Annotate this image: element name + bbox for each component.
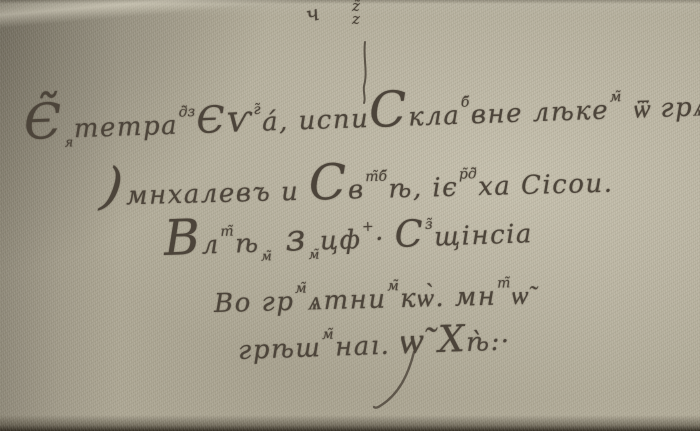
script-segment: вне (470, 99, 523, 131)
script-segment: Є̃ (23, 93, 64, 151)
script-segment: Єѵ (196, 97, 254, 142)
script-segment: м̃ (261, 249, 272, 264)
script-segment: + (362, 219, 374, 235)
quire-mark-right: z̃ z (352, 0, 360, 26)
script-segment: л (201, 230, 220, 261)
script-segment: · (375, 224, 396, 255)
script-segment: м̃ (295, 281, 307, 297)
script-segment: г̃ (253, 102, 261, 118)
script-segment: В (163, 209, 202, 267)
script-segment: ха Сісои. (478, 169, 614, 203)
manuscript-line-2: )мнхалевъ и Свт̃б̃ѣ, ієр̃д̃ха Сісои. (101, 149, 614, 214)
manuscript-line-5: грѣшм̃наı. ѡ̃ Хѣ̀:· (237, 318, 511, 364)
script-segment: ) (98, 160, 127, 215)
script-segment: ѣ (235, 229, 260, 260)
script-segment: м̃ (322, 327, 334, 343)
script-segment: С (368, 81, 409, 139)
script-segment: тетра (73, 111, 178, 145)
script-segment: ѿ грѧ (622, 92, 700, 125)
script-segment: грѣш (238, 333, 322, 366)
script-segment: С (308, 154, 348, 212)
script-segment: щінсіа (434, 219, 534, 252)
script-segment: лѣке (522, 96, 609, 129)
script-segment: кла (408, 101, 461, 133)
script-segment: ѡ̃ (511, 281, 530, 311)
script-segment: б̃ (461, 94, 470, 110)
manuscript-line-1: Є̃ятетрад̃зЄѵг̃а́, испиСклаб̃вне лѣкем̃ … (23, 73, 700, 151)
script-segment: в (348, 175, 365, 205)
script-segment: ѧтни (308, 284, 387, 316)
script-segment: кѡ̀. мн (400, 282, 497, 315)
quire-mark-left: ч (303, 1, 321, 27)
script-segment: цф (319, 225, 362, 256)
script-segment: мнхалевъ и (126, 177, 310, 212)
script-segment: ѣ, іє (388, 173, 459, 205)
script-segment: наı. (335, 330, 401, 362)
script-segment: а́, (262, 107, 290, 138)
script-segment: з (271, 216, 307, 260)
script-segment: Х (437, 317, 466, 361)
script-segment: ѡ̃ (399, 318, 439, 362)
script-segment: я (64, 135, 73, 150)
manuscript-photo: ч z̃ z Є̃ятетрад̃зЄѵг̃а́, испиСклаб̃вне … (0, 0, 700, 431)
manuscript-line-3: Влт̃ѣм̃ зм̃цф+· Сз̃щінсіа (163, 201, 534, 267)
script-segment: С (394, 212, 425, 256)
paper-edge-highlight (0, 0, 400, 31)
script-segment: т̃ (497, 275, 511, 291)
script-segment: м̃ (387, 278, 399, 294)
script-segment: р̃д̃ (459, 166, 477, 182)
script-segment: д̃з (178, 104, 195, 121)
script-segment: ѣ̀:· (466, 326, 511, 358)
script-segment: т̃ (220, 224, 234, 240)
manuscript-line-4: Во грм̃ѧтним̃кѡ̀. мнт̃ѡ̃ (214, 276, 531, 317)
script-segment: т̃б̃ (365, 169, 387, 186)
script-segment: испи (288, 104, 370, 137)
script-segment: з̃ (425, 217, 433, 233)
script-segment: м̃ (308, 248, 319, 263)
script-segment: м̃ (609, 89, 621, 105)
script-segment: Во гр (214, 287, 295, 319)
